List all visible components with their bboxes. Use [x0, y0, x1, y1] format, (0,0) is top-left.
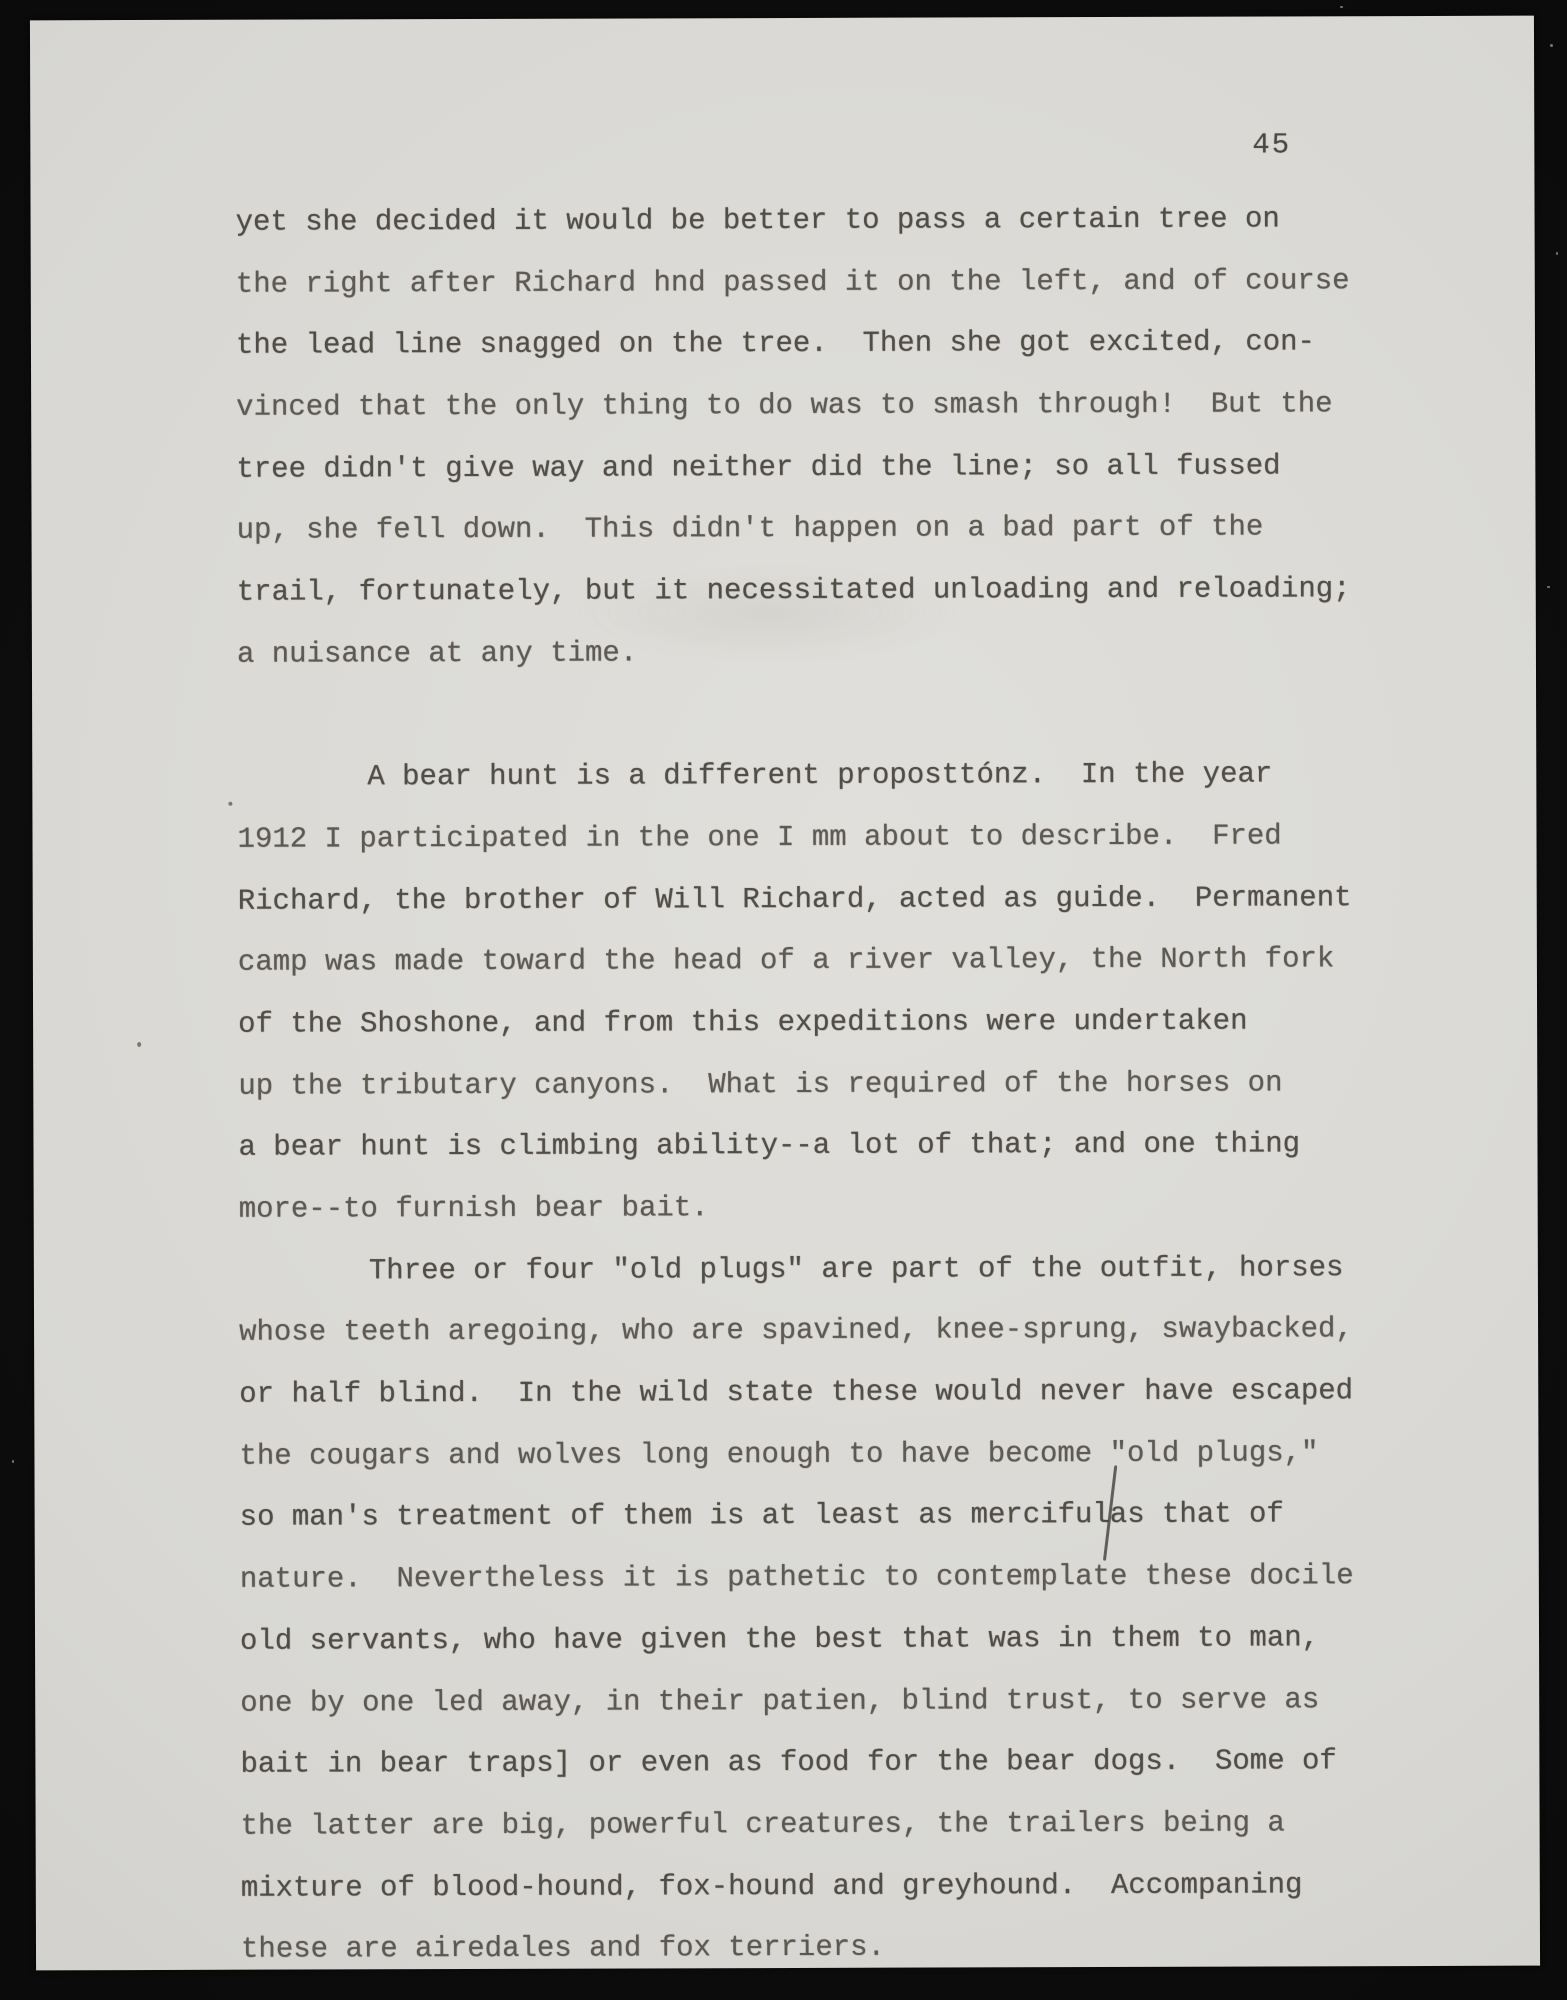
scanned-document-photo: 45 yet she decided it would be better to…: [0, 0, 1567, 2000]
typed-line: the latter are big, powerful creatures, …: [241, 1792, 1461, 1858]
typed-line: camp was made toward the head of a river…: [238, 928, 1458, 994]
typed-line: old servants, who have given the best th…: [240, 1607, 1460, 1673]
page-number: 45: [1252, 128, 1291, 161]
typed-line: the lead line snagged on the tree. Then …: [236, 311, 1456, 377]
typed-line: yet she decided it would be better to pa…: [235, 188, 1455, 254]
typed-line: mixture of blood-hound, fox-hound and gr…: [241, 1853, 1461, 1919]
typed-line: Three or four "old plugs" are part of th…: [239, 1237, 1459, 1303]
dust-speck: [1340, 6, 1343, 8]
typed-line: tree didn't give way and neither did the…: [236, 435, 1456, 501]
typed-line: up the tributary canyons. What is requir…: [238, 1052, 1458, 1118]
typed-line: A bear hunt is a different proposttónz. …: [237, 743, 1457, 809]
typed-line: or half blind. In the wild state these w…: [239, 1360, 1459, 1426]
dust-speck: [1556, 252, 1558, 255]
typed-line: bait in bear traps] or even as food for …: [240, 1730, 1460, 1796]
typed-line: a bear hunt is climbing ability--a lot o…: [238, 1113, 1458, 1179]
typed-line: the cougars and wolves long enough to ha…: [239, 1422, 1459, 1488]
typed-line: whose teeth aregoing, who are spavined, …: [239, 1298, 1459, 1364]
paragraph-2: A bear hunt is a different proposttónz. …: [237, 743, 1459, 1240]
paragraph-1: yet she decided it would be better to pa…: [235, 188, 1457, 685]
typed-line: these are airedales and fox terriers.: [241, 1915, 1461, 1970]
typed-line: one by one led away, in their patien, bl…: [240, 1668, 1460, 1734]
ink-speck: [137, 1042, 141, 1047]
typed-line: a nuisance at any time.: [237, 620, 1457, 686]
typed-line: vinced that the only thing to do was to …: [236, 373, 1456, 439]
typed-line: nature. Nevertheless it is pathetic to c…: [240, 1545, 1460, 1611]
typed-line: 1912 I participated in the one I mm abou…: [237, 805, 1457, 871]
typed-line: the right after Richard hnd passed it on…: [236, 250, 1456, 316]
typewritten-page: 45 yet she decided it would be better to…: [30, 16, 1540, 1971]
typed-text-block: yet she decided it would be better to pa…: [235, 188, 1461, 1970]
typed-line: up, she fell down. This didn't happen on…: [236, 496, 1456, 562]
typed-line: so man's treatment of them is at least a…: [240, 1483, 1460, 1549]
dust-speck: [12, 1460, 14, 1463]
typed-line: more--to furnish bear bait.: [239, 1175, 1459, 1241]
typed-line: trail, fortunately, but it necessitated …: [237, 558, 1457, 624]
dust-speck: [1547, 586, 1550, 588]
dust-speck: [1550, 44, 1553, 47]
ink-speck: [228, 802, 232, 806]
typed-line: Richard, the brother of Will Richard, ac…: [238, 866, 1458, 932]
paragraph-3: Three or four "old plugs" are part of th…: [239, 1237, 1461, 1971]
typed-line: of the Shoshone, and from this expeditio…: [238, 990, 1458, 1056]
